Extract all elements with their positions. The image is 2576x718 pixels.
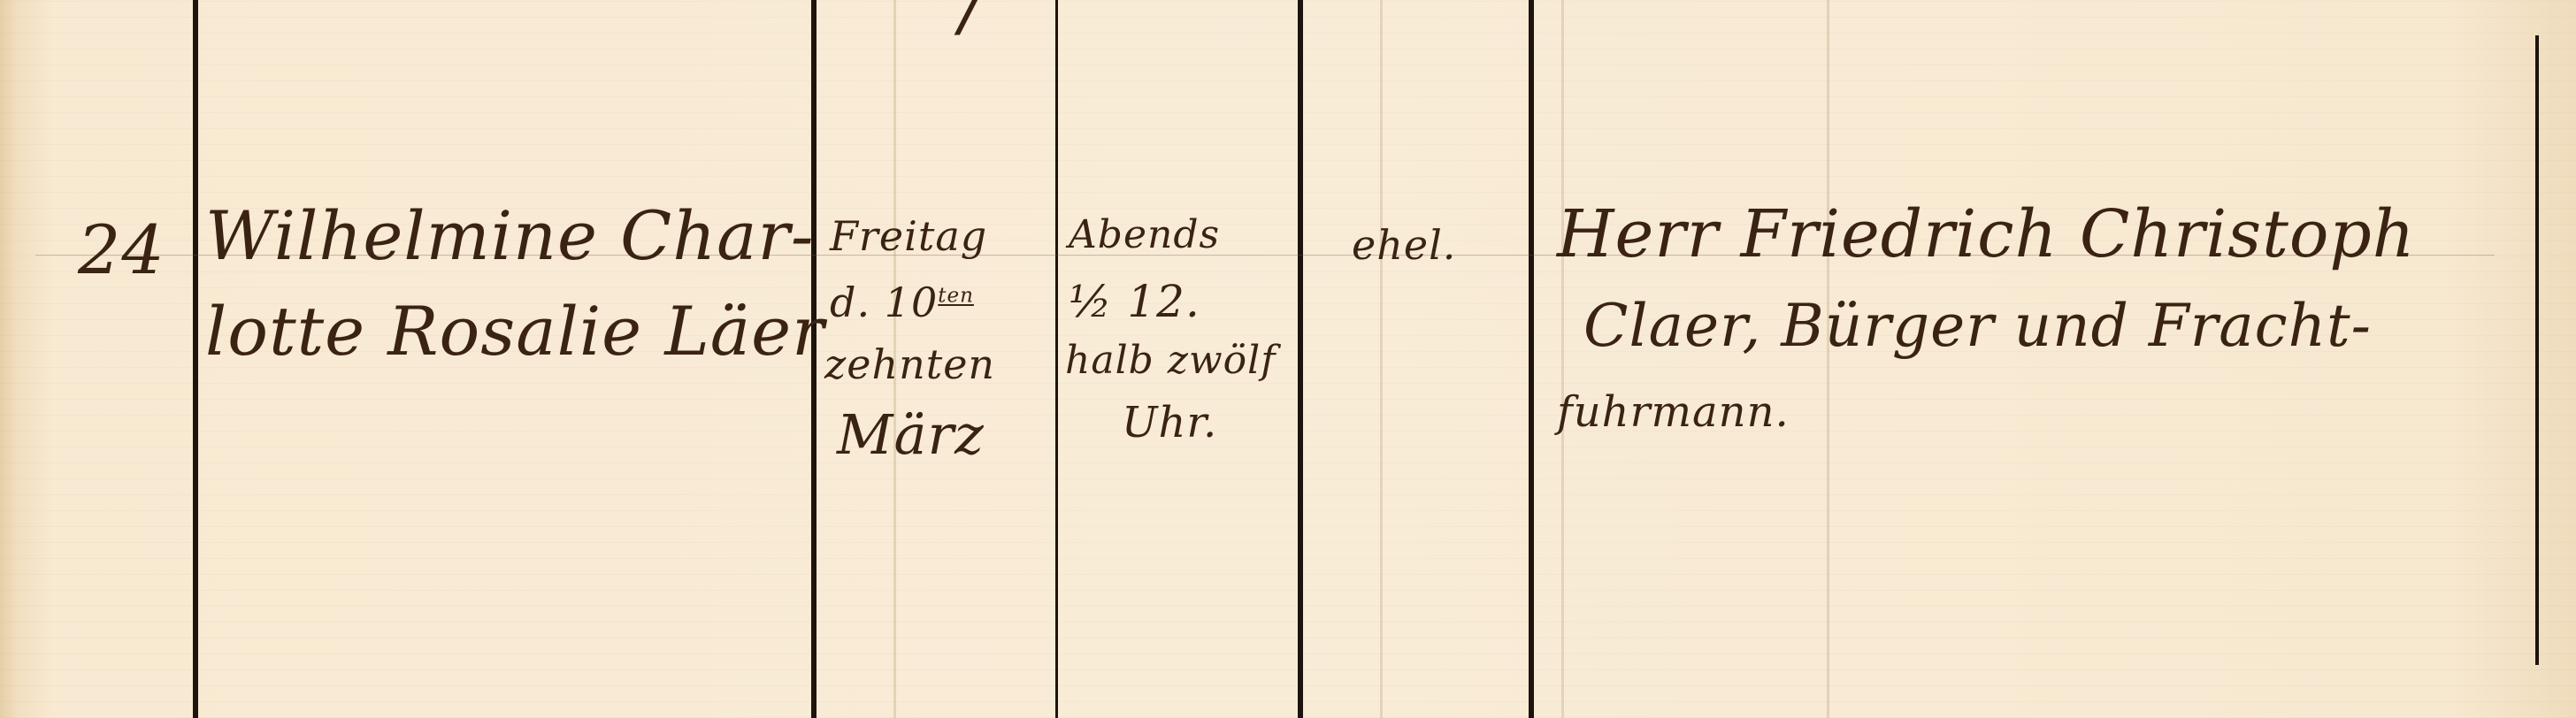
birth-date-suffix: ten — [938, 285, 974, 308]
entry-number: 24 — [78, 210, 165, 289]
paper-fold — [1380, 0, 1383, 718]
column-rule — [1529, 0, 1534, 718]
birth-date: d. 10ten — [830, 279, 974, 326]
column-rule — [1298, 0, 1303, 718]
column-rule — [1055, 0, 1058, 718]
father-line3: fuhrmann. — [1557, 387, 1790, 437]
column-rule — [193, 0, 198, 718]
stray-stroke: / — [960, 0, 985, 45]
father-line2: Claer, Bürger und Fracht- — [1583, 292, 2372, 360]
paper-fold — [1561, 0, 1564, 718]
birth-hour-words: halb zwölf — [1065, 338, 1276, 383]
birth-date-words: zehnten — [824, 340, 995, 388]
register-page: / 24 Wilhelmine Char- lotte Rosalie Läer… — [0, 0, 2576, 718]
birth-hour-numeric: ½ 12. — [1069, 276, 1200, 327]
birth-hour-unit: Uhr. — [1122, 398, 1217, 447]
child-name-line1: Wilhelmine Char- — [205, 196, 815, 275]
birth-month: März — [837, 402, 985, 467]
legitimacy-status: ehel. — [1352, 221, 1456, 269]
birth-weekday: Freitag — [830, 212, 987, 260]
birth-time-of-day: Abends — [1069, 212, 1220, 257]
child-name-line2: lotte Rosalie Läer — [205, 292, 824, 370]
birth-date-number: d. 10 — [830, 279, 938, 326]
page-edge-rule — [2535, 35, 2539, 665]
father-line1: Herr Friedrich Christoph — [1557, 196, 2415, 272]
